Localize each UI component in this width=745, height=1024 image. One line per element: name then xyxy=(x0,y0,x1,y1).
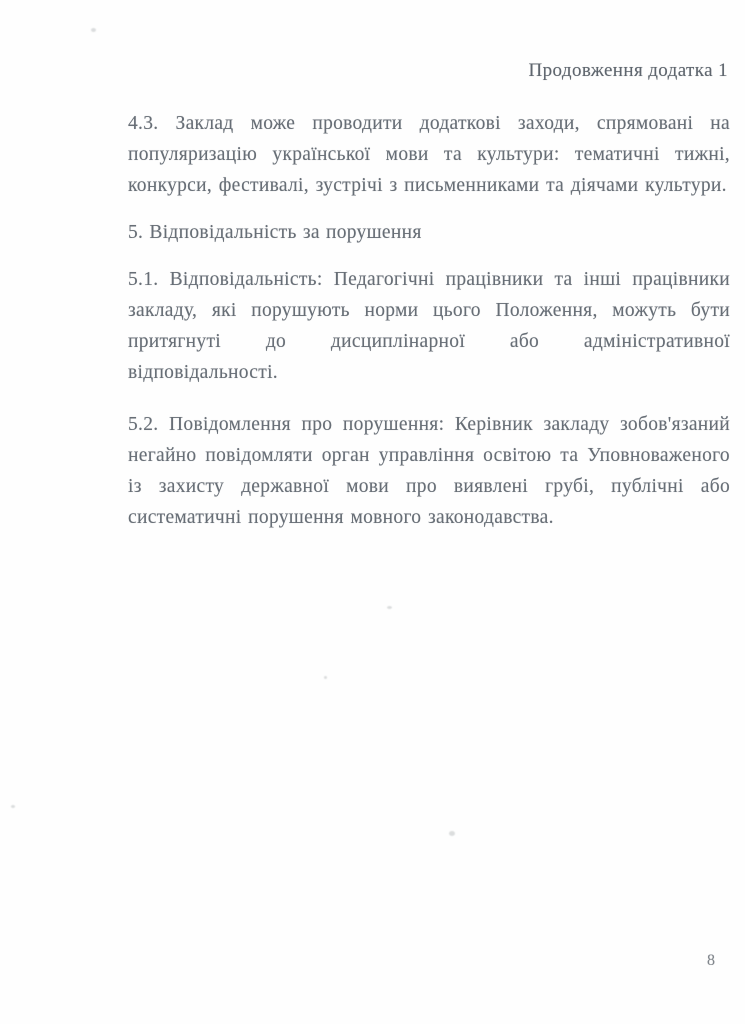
paragraph-4-3: 4.3. Заклад може проводити додаткові зах… xyxy=(128,108,730,201)
scan-speck xyxy=(387,606,392,609)
page-number: 8 xyxy=(707,952,715,970)
scan-speck xyxy=(324,676,327,679)
scanned-document-page: Продовження додатка 1 4.3. Заклад може п… xyxy=(0,0,745,1024)
scan-speck xyxy=(11,805,15,808)
appendix-continuation-header: Продовження додатка 1 xyxy=(128,60,728,82)
section-5-heading: 5. Відповідальність за порушення xyxy=(128,217,730,248)
paragraph-5-1: 5.1. Відповідальність: Педагогічні праці… xyxy=(128,264,730,388)
scan-speck xyxy=(91,28,96,32)
document-content: Продовження додатка 1 4.3. Заклад може п… xyxy=(128,60,730,549)
paragraph-5-2: 5.2. Повідомлення про порушення: Керівни… xyxy=(128,409,730,533)
scan-speck xyxy=(449,831,455,836)
